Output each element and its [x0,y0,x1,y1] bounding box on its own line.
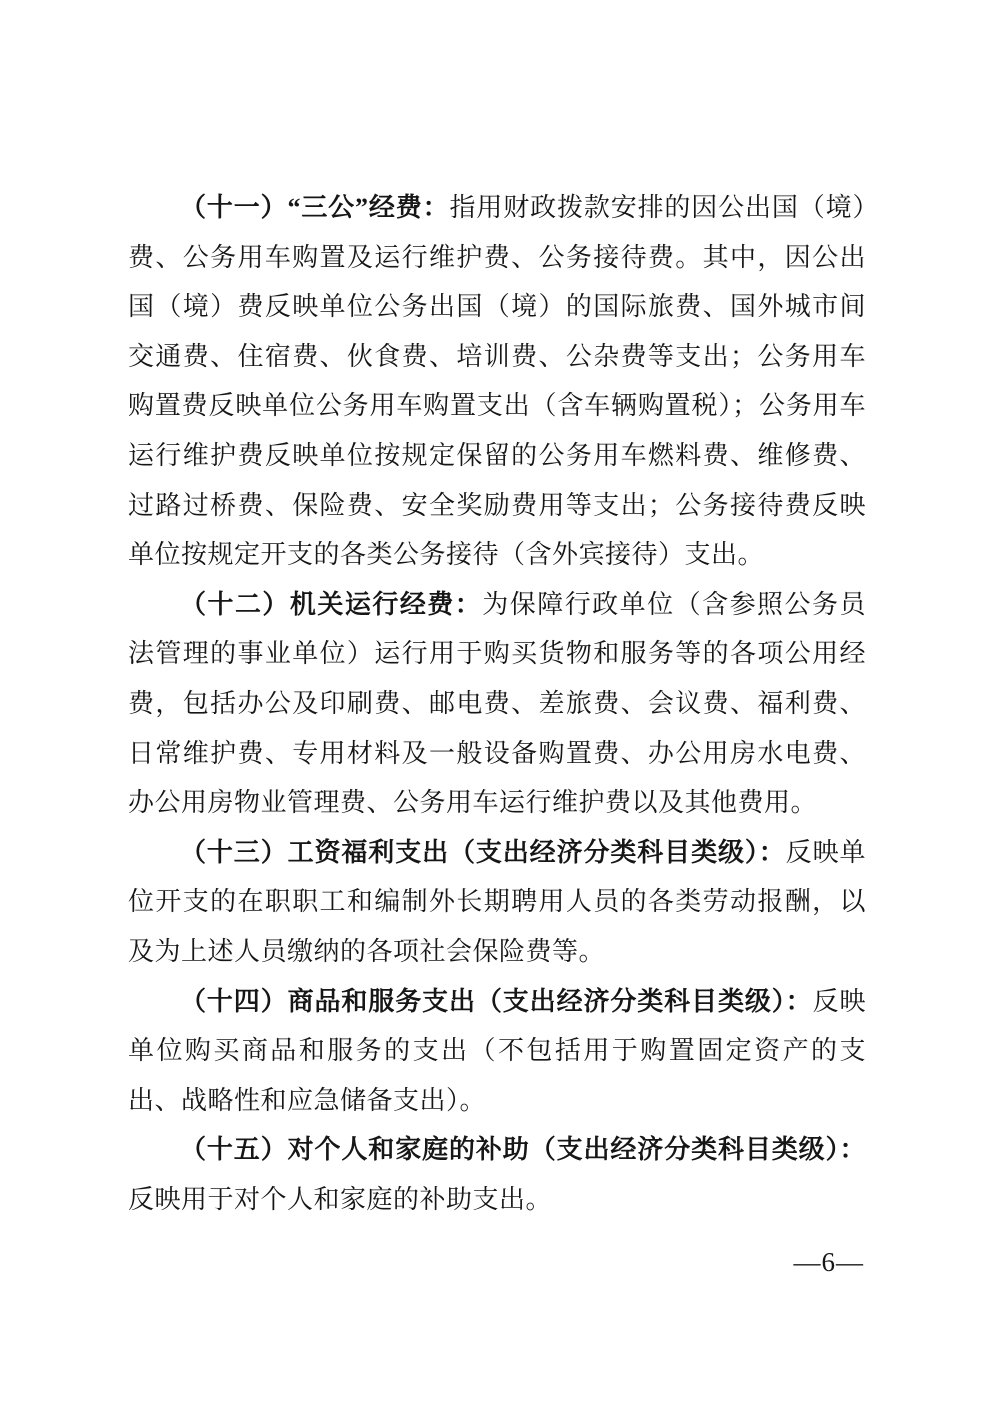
document-page: （十一）“三公”经费：指用财政拨款安排的因公出国（境）费、公务用车购置及运行维护… [0,0,992,1403]
paragraph-lead: （十四）商品和服务支出（支出经济分类科目类级）： [180,987,813,1016]
paragraph-lead: （十二）机关运行经费： [180,590,482,619]
paragraph-13-wage-welfare-expenditure: （十三）工资福利支出（支出经济分类科目类级）：反映单位开支的在职职工和编制外长期… [128,828,866,977]
paragraph-lead: （十三）工资福利支出（支出经济分类科目类级）： [180,838,786,867]
paragraph-lead: （十五）对个人和家庭的补助（支出经济分类科目类级）： [180,1135,866,1164]
paragraph-11-sangong-funds: （十一）“三公”经费：指用财政拨款安排的因公出国（境）费、公务用车购置及运行维护… [128,183,866,580]
paragraph-15-individual-family-subsidy: （十五）对个人和家庭的补助（支出经济分类科目类级）：反映用于对个人和家庭的补助支… [128,1125,866,1224]
paragraph-text: 指用财政拨款安排的因公出国（境）费、公务用车购置及运行维护费、公务接待费。其中，… [128,193,866,569]
paragraph-14-goods-services-expenditure: （十四）商品和服务支出（支出经济分类科目类级）：反映单位购买商品和服务的支出（不… [128,977,866,1126]
paragraph-lead: （十一）“三公”经费： [180,193,450,222]
paragraph-text: 为保障行政单位（含参照公务员法管理的事业单位）运行用于购买货物和服务等的各项公用… [128,590,866,817]
document-body: （十一）“三公”经费：指用财政拨款安排的因公出国（境）费、公务用车购置及运行维护… [128,183,866,1224]
paragraph-text: 反映用于对个人和家庭的补助支出。 [128,1185,552,1214]
paragraph-12-agency-operating-funds: （十二）机关运行经费：为保障行政单位（含参照公务员法管理的事业单位）运行用于购买… [128,580,866,828]
page-number: —6— [794,1247,865,1277]
